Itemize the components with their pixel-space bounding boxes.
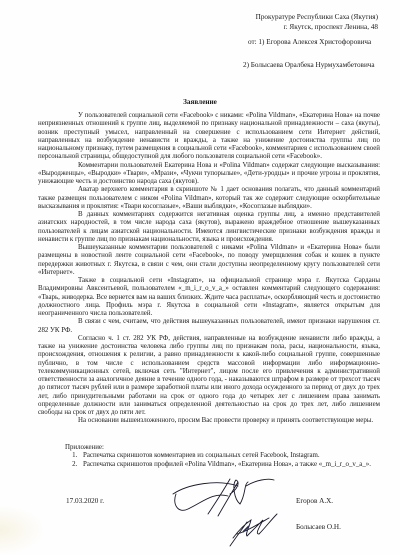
paragraph: В данных комментариях содержится негатив… — [38, 211, 380, 244]
document-date: 17.03.2020 г. — [66, 497, 104, 505]
addressee-line-2: г. Якутск, проспект Ленина, 48 — [178, 23, 378, 33]
appendix-item: Распечатка скриншотов комментариев из со… — [79, 452, 380, 460]
sender-2: 2) Болысаева Оралбека Нурмухамбетовича — [243, 61, 375, 69]
document-body: У пользователей социальной сети «Faceboo… — [38, 112, 380, 426]
addressee-line-1: Прокуратуре Республики Саха (Якутия) — [178, 13, 378, 23]
appendix-item: Распечатка скриншотов профилей «Polina V… — [79, 461, 380, 469]
paragraph: Комментарии пользователей Екатерина Нова… — [38, 162, 380, 187]
paragraph: Также в социальной сети «Instagram», на … — [38, 277, 380, 318]
scan-smudge — [0, 505, 45, 555]
sender-1: от: 1) Егорова Алексея Христофоровича — [248, 38, 371, 46]
signer-2-name: Болысаев О.Н. — [296, 523, 341, 531]
document-title: Заявление — [0, 98, 400, 106]
paragraph: У пользователей социальной сети «Faceboo… — [38, 112, 380, 162]
paragraph: Вышеуказанные комментарии пользователей … — [38, 244, 380, 277]
paragraph: Аватар верхнего комментария в скриншоте … — [38, 186, 380, 211]
appendix-list: Распечатка скриншотов комментариев из со… — [65, 452, 380, 469]
paragraph: На основании вышеизложенного, просим Вас… — [38, 417, 380, 425]
signature-2-icon — [225, 508, 280, 550]
appendix-heading: Приложение: — [65, 444, 380, 452]
paragraph: Согласно ч. 1 ст. 282 УК РФ, действия, н… — [38, 335, 380, 418]
paragraph: В связи с чем, считаем, что действия выш… — [38, 318, 380, 335]
signer-1-name: Егоров А.Х. — [296, 497, 333, 505]
document-page: Прокуратуре Республики Саха (Якутия) г. … — [0, 0, 400, 555]
appendix: Приложение: Распечатка скриншотов коммен… — [65, 444, 380, 469]
addressee-block: Прокуратуре Республики Саха (Якутия) г. … — [178, 13, 378, 32]
